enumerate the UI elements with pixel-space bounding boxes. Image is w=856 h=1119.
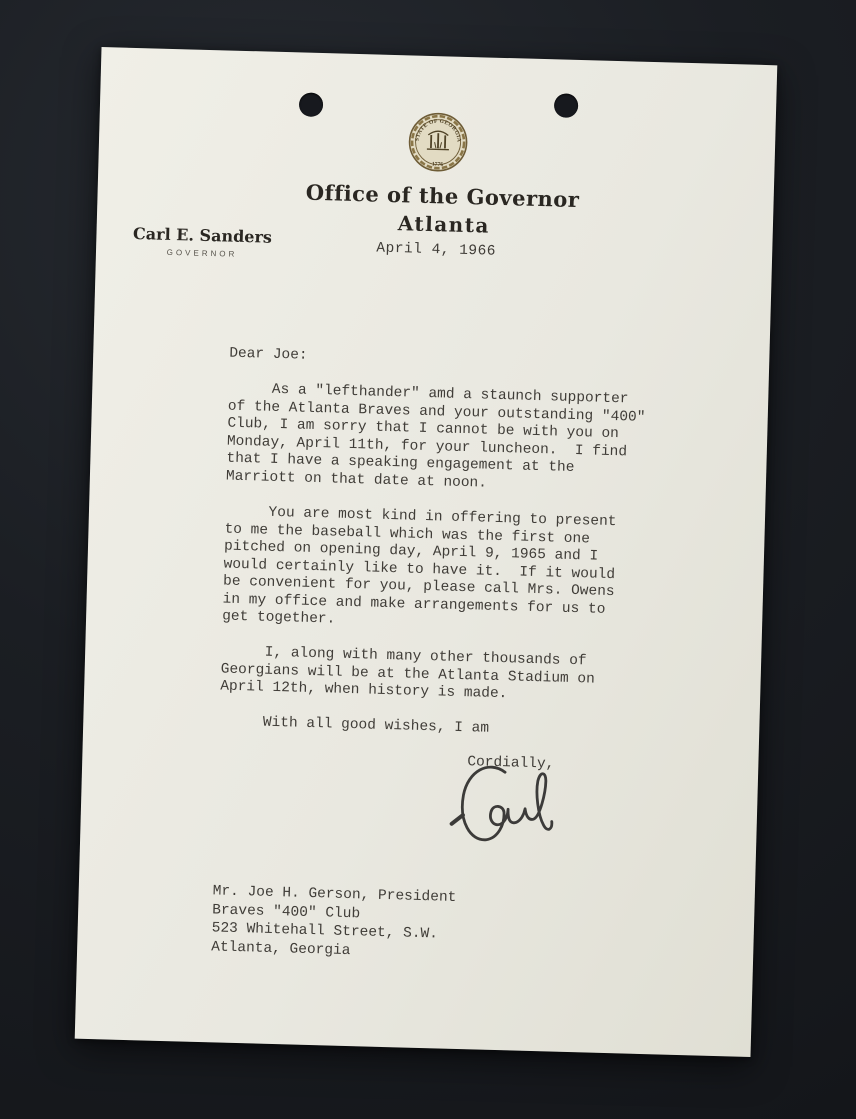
recipient-address-block: Mr. Joe H. Gerson, President Braves "400…	[211, 882, 457, 963]
punch-hole-left-icon	[299, 92, 324, 117]
body-paragraph-2: You are most kind in offering to present…	[222, 504, 617, 637]
closing-line: With all good wishes, I am	[219, 713, 489, 738]
body-paragraph-1: As a "lefthander" amd a staunch supporte…	[226, 381, 646, 497]
body-paragraph-3: I, along with many other thousands of Ge…	[220, 644, 595, 707]
georgia-state-seal-icon: STATE OF GEORGIA 1776	[407, 111, 469, 173]
punch-hole-right-icon	[554, 93, 579, 118]
letter-paper: STATE OF GEORGIA 1776 Office of the Gove…	[75, 47, 778, 1057]
salutation: Dear Joe:	[229, 346, 308, 366]
seal-year: 1776	[432, 162, 444, 168]
signature-carl	[448, 757, 558, 852]
